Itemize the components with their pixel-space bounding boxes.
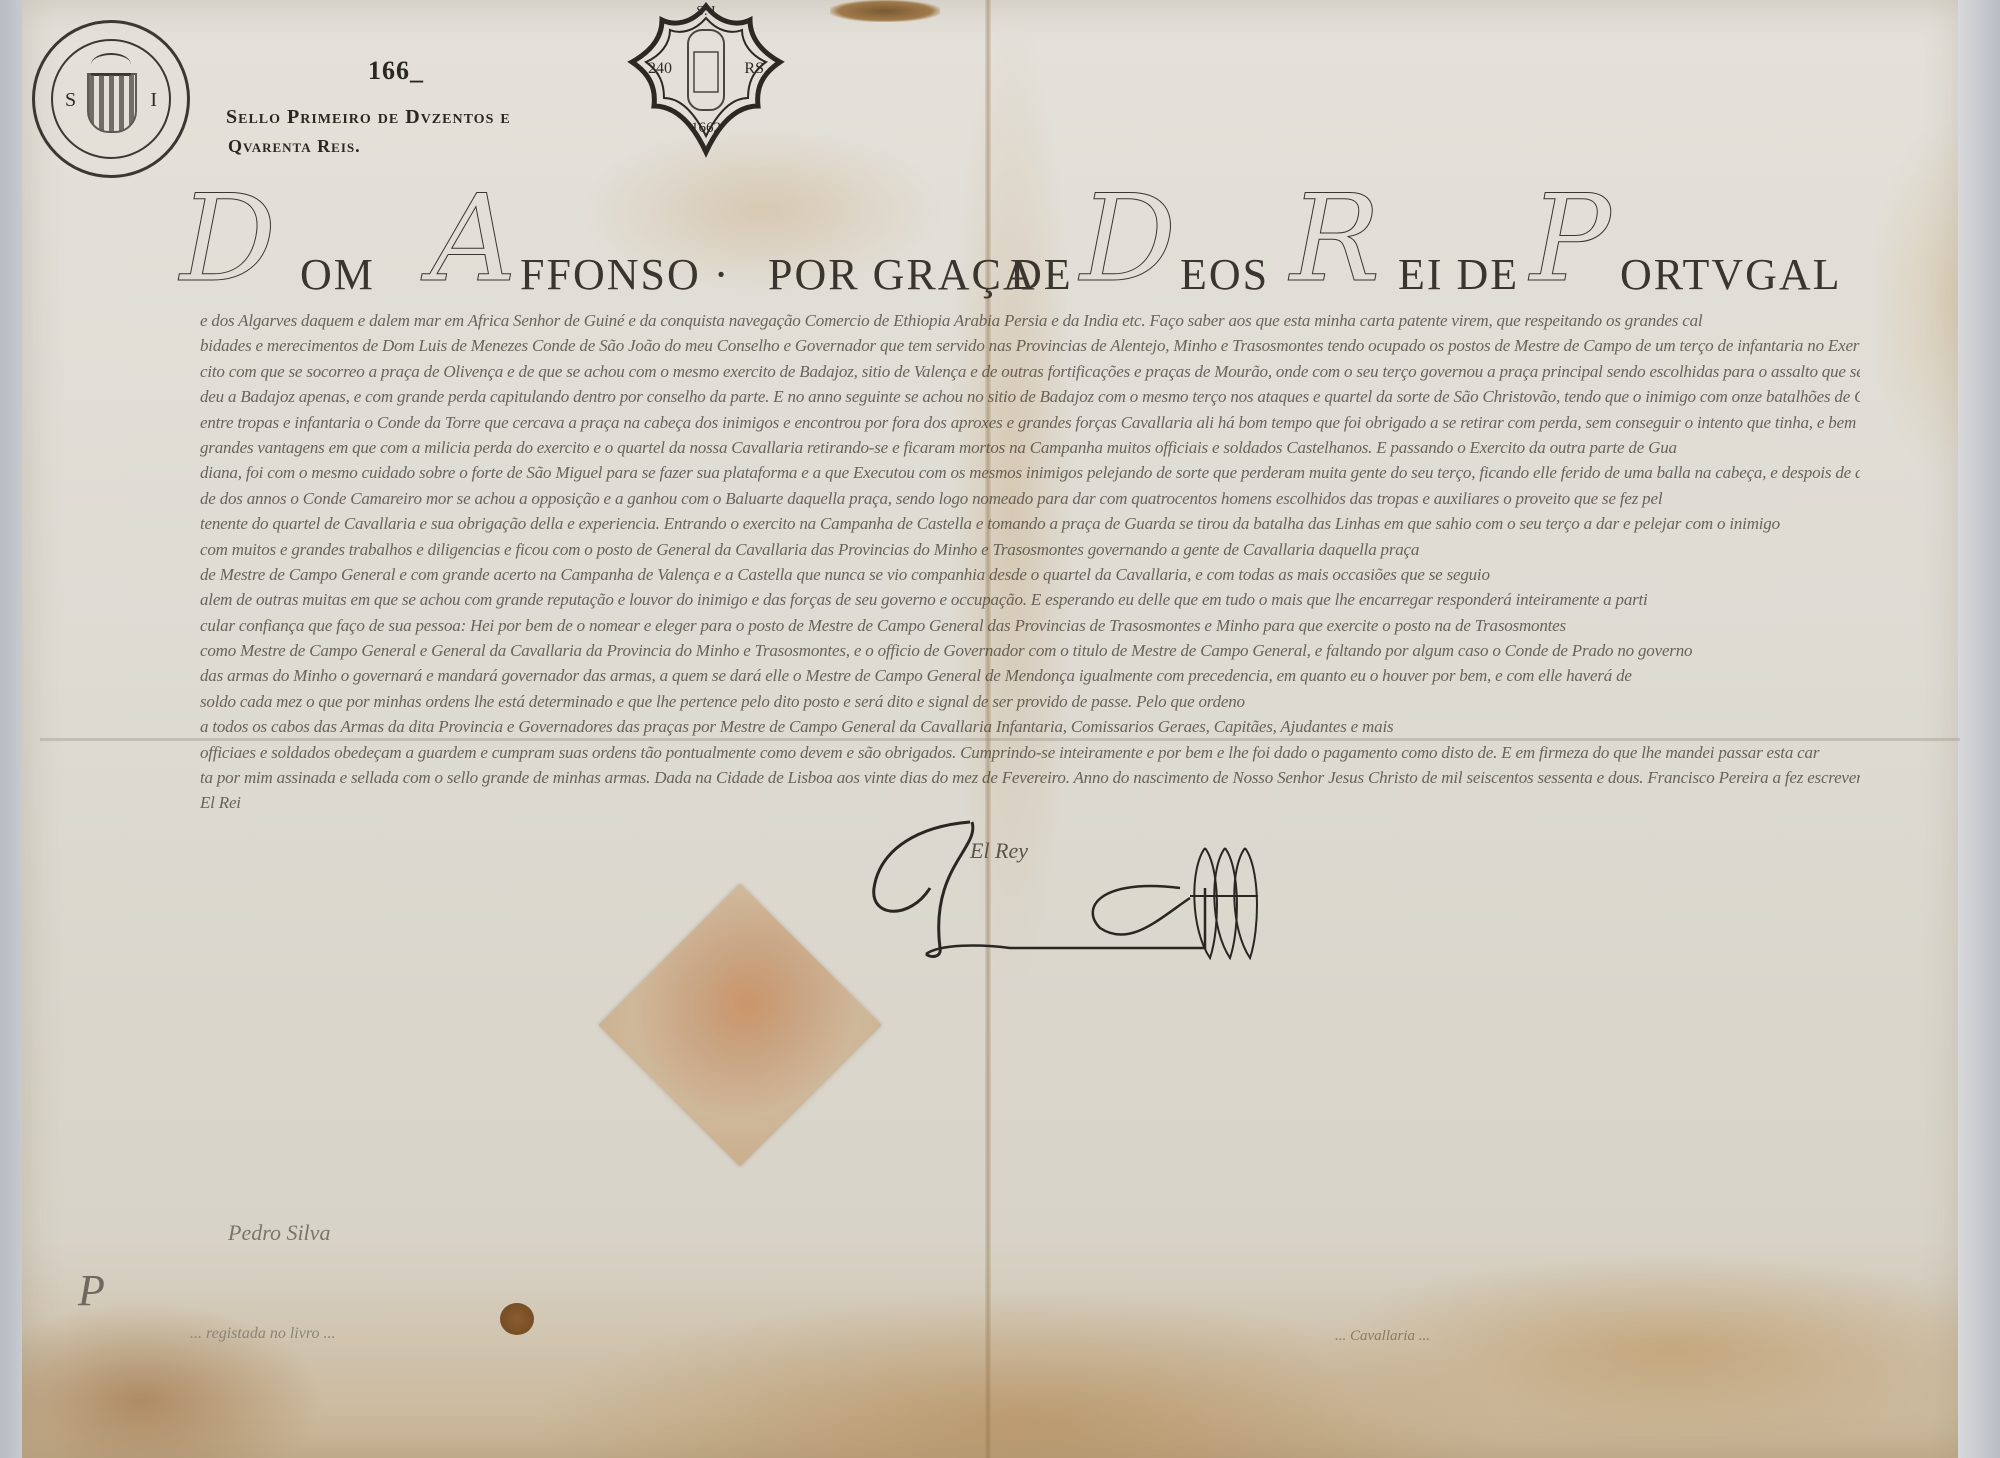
top-edge-damage — [830, 0, 940, 22]
stamp-unit: RS — [744, 60, 764, 78]
document-heading: D OM A FFONSO · POR GRAÇA DE D EOS R EI … — [180, 220, 1880, 320]
registry-note: ... registada no livro ... — [190, 1325, 335, 1343]
body-line: de dos annos o Conde Camareiro mor se ac… — [200, 486, 1860, 511]
body-line: deu a Badajoz apenas, e com grande perda… — [200, 384, 1860, 409]
heading-word-portugal: ORTVGAL — [1620, 249, 1842, 300]
heading-word-rei-de: EI DE — [1398, 249, 1519, 300]
seal-letter-right: I — [150, 89, 157, 112]
royal-signature: El Rey — [860, 808, 1260, 968]
heading-initial-P: P — [1530, 180, 1613, 300]
stamp-value: 240 — [648, 60, 672, 78]
body-line: entre tropas e infantaria o Conde da Tor… — [200, 410, 1860, 435]
body-line: bidades e merecimentos de Dom Luis de Me… — [200, 333, 1860, 358]
heading-initial-D2: D — [1080, 180, 1178, 300]
stamp-duty-line-1: Sello Primeiro de Dvzentos e — [226, 106, 511, 129]
wax-stain — [500, 1303, 534, 1335]
heading-word-dom: OM — [300, 249, 375, 300]
round-stamp-seal: S I — [32, 20, 190, 178]
heading-initial-D: D — [180, 180, 278, 300]
body-line: a todos os cabos das Armas da dita Provi… — [200, 714, 1860, 739]
body-line: e dos Algarves daquem e dalem mar em Afr… — [200, 308, 1860, 333]
body-line: de Mestre de Campo General e com grande … — [200, 562, 1860, 587]
body-line: soldo cada mez o que por minhas ordens l… — [200, 689, 1860, 714]
body-line: das armas do Minho o governará e mandará… — [200, 663, 1860, 688]
heading-word-por-graca: POR GRAÇA — [768, 249, 1037, 300]
quatrefoil-stamp-seal: S. I 240 RS 1662 — [622, 2, 790, 158]
heading-word-deos: EOS — [1180, 249, 1269, 300]
body-line: ta por mim assinada e sellada com o sell… — [200, 765, 1860, 790]
signature-text: El Rey — [970, 838, 1028, 864]
marginal-note: Pedro Silva — [228, 1220, 330, 1246]
marginal-letter: P — [78, 1265, 105, 1316]
body-line: diana, foi com o mesmo cuidado sobre o f… — [200, 460, 1860, 485]
body-line: grandes vantagens em que com a milicia p… — [200, 435, 1860, 460]
heading-word-de: DE — [1010, 249, 1073, 300]
lower-right-note: ... Cavallaria ... — [1335, 1328, 1430, 1345]
heading-initial-R: R — [1290, 180, 1382, 300]
year-stamp: 166_ — [368, 56, 424, 86]
body-line: officiaes e soldados obedeçam a guardem … — [200, 740, 1860, 765]
quatrefoil-top-label: S. I — [622, 4, 790, 20]
seal-letter-left: S — [65, 89, 76, 112]
signature-flourish-icon — [860, 808, 1260, 968]
heading-initial-A: A — [430, 180, 519, 300]
body-line: cular confiança que faço de sua pessoa: … — [200, 613, 1860, 638]
body-line: como Mestre de Campo General e General d… — [200, 638, 1860, 663]
stamp-duty-line-2: Qvarenta Reis. — [228, 136, 361, 157]
heading-word-affonso: FFONSO · — [520, 249, 730, 300]
body-line: tenente do quartel de Cavallaria e sua o… — [200, 511, 1860, 536]
stamp-year: 1662 — [622, 120, 790, 137]
coat-of-arms-shield-icon — [87, 73, 137, 133]
body-line: alem de outras muitas em que se achou co… — [200, 587, 1860, 612]
document-body: e dos Algarves daquem e dalem mar em Afr… — [200, 308, 1860, 816]
scan-backdrop-right — [1958, 0, 2000, 1458]
body-line: cito com que se socorreo a praça de Oliv… — [200, 359, 1860, 384]
body-line: com muitos e grandes trabalhos e diligen… — [200, 537, 1860, 562]
